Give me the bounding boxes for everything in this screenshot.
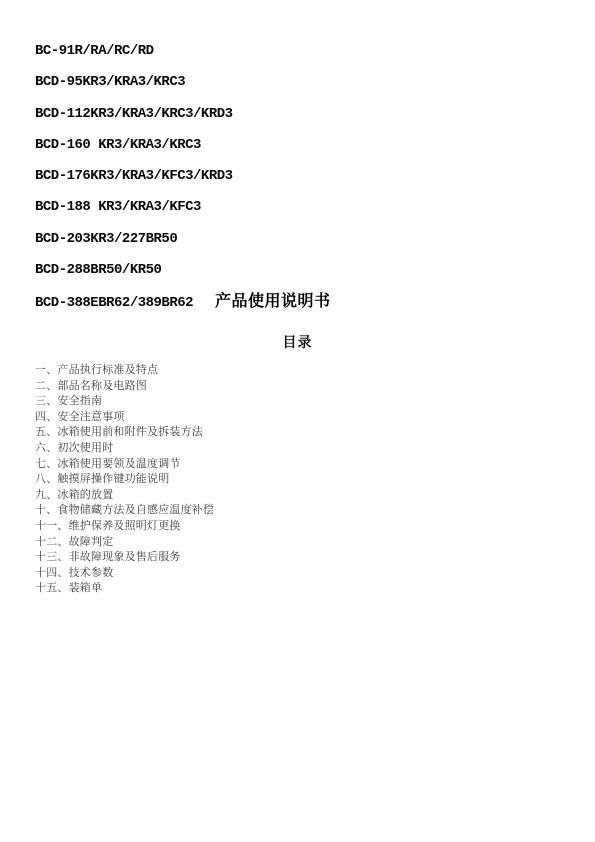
toc-item: 二、部品名称及电路图: [35, 379, 214, 395]
model-line: BCD-288BR50/KR50: [35, 255, 331, 286]
toc-item: 十五、装箱单: [35, 581, 214, 597]
model-line: BCD-160 KR3/KRA3/KRC3: [35, 130, 331, 161]
model-line: BCD-203KR3/227BR50: [35, 224, 331, 255]
model-line: BC-91R/RA/RC/RD: [35, 36, 331, 67]
manual-cover-page: BC-91R/RA/RC/RD BCD-95KR3/KRA3/KRC3 BCD-…: [0, 0, 595, 842]
model-line: BCD-95KR3/KRA3/KRC3: [35, 67, 331, 98]
model-line: BCD-188 KR3/KRA3/KFC3: [35, 192, 331, 223]
toc-item: 十、食物储藏方法及自感应温度补偿: [35, 503, 214, 519]
toc-item: 一、产品执行标准及特点: [35, 363, 214, 379]
toc-list: 一、产品执行标准及特点 二、部品名称及电路图 三、安全指南 四、安全注意事项 五…: [35, 363, 214, 597]
toc-item: 三、安全指南: [35, 394, 214, 410]
toc-heading: 目录: [0, 332, 595, 352]
toc-item: 十四、技术参数: [35, 566, 214, 582]
toc-item: 七、冰箱使用要领及温度调节: [35, 457, 214, 473]
toc-item: 九、冰箱的放置: [35, 488, 214, 504]
model-line: BCD-112KR3/KRA3/KRC3/KRD3: [35, 99, 331, 130]
toc-item: 五、冰箱使用前和附件及拆装方法: [35, 425, 214, 441]
toc-item: 十二、故障判定: [35, 535, 214, 551]
toc-item: 十三、非故障现象及售后服务: [35, 550, 214, 566]
model-line-with-title: BCD-388EBR62/389BR62产品使用说明书: [35, 286, 331, 319]
model-list: BC-91R/RA/RC/RD BCD-95KR3/KRA3/KRC3 BCD-…: [35, 36, 331, 320]
toc-item: 八、触摸屏操作键功能说明: [35, 472, 214, 488]
model-number: BCD-388EBR62/389BR62: [35, 295, 193, 311]
document-title: 产品使用说明书: [215, 293, 331, 310]
model-line: BCD-176KR3/KRA3/KFC3/KRD3: [35, 161, 331, 192]
toc-item: 六、初次使用时: [35, 441, 214, 457]
toc-item: 四、安全注意事项: [35, 410, 214, 426]
toc-item: 十一、维护保养及照明灯更换: [35, 519, 214, 535]
